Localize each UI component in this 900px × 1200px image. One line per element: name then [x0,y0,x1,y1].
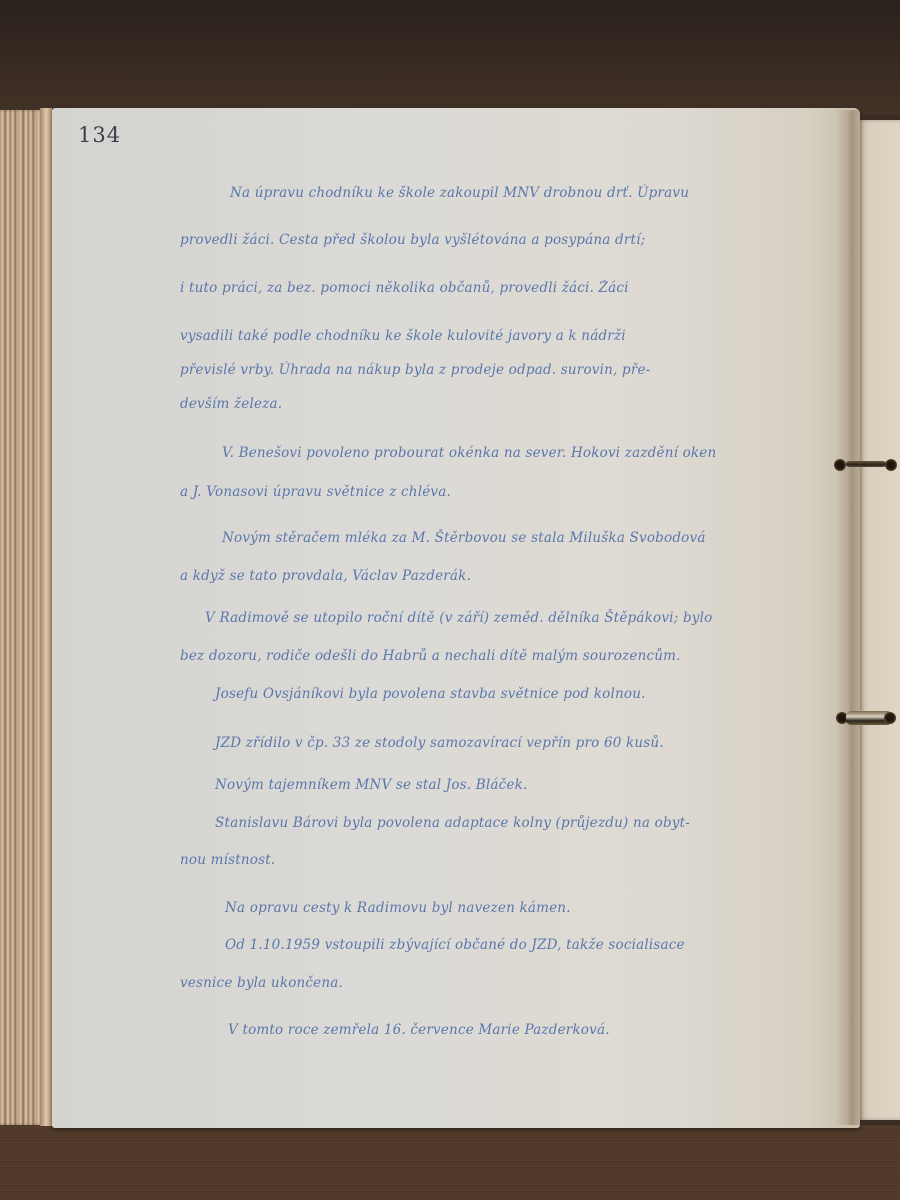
text-line: devším železa. [180,396,282,412]
text-line: i tuto práci, za bez. pomoci několika ob… [180,280,629,296]
text-line: vysadili také podle chodníku ke škole ku… [180,328,626,344]
text-line: Stanislavu Bárovi byla povolena adaptace… [215,815,690,831]
ring-hole-icon [834,459,846,471]
text-line: převislé vrby. Úhrada na nákup byla z pr… [180,362,650,378]
text-line: provedli žáci. Cesta před školou byla vy… [180,232,645,248]
text-line: nou místnost. [180,852,275,868]
text-line: Na úpravu chodníku ke škole zakoupil MNV… [230,185,689,201]
text-line: bez dozoru, rodiče odešli do Habrů a nec… [180,648,681,664]
text-line: V. Benešovi povoleno probourat okénka na… [222,445,716,461]
text-line: JZD zřídilo v čp. 33 ze stodoly samozaví… [215,735,664,751]
ring-hole-icon [885,459,897,471]
text-line: Novým tajemníkem MNV se stal Jos. Bláček… [215,777,527,793]
text-line: Novým stěračem mléka za M. Štěrbovou se … [222,530,706,546]
page-stack-front-edge [40,108,52,1126]
ring-hole-icon [884,712,896,724]
text-line: V tomto roce zemřela 16. července Marie … [228,1022,610,1038]
wooden-table-background-bottom [0,1125,900,1200]
text-line: a když se tato provdala, Václav Pazderák… [180,568,471,584]
text-line: Josefu Ovsjáníkovi byla povolena stavba … [215,686,646,702]
text-line: a J. Vonasovi úpravu světnice z chléva. [180,484,451,500]
text-line: Na opravu cesty k Radimovu byl navezen k… [225,900,571,916]
text-line: Od 1.10.1959 vstoupili zbývající občané … [225,937,685,953]
binder-ring-icon [846,461,886,467]
page-number: 134 [78,123,121,147]
text-line: vesnice byla ukončena. [180,975,343,991]
wooden-table-background-top [0,0,900,115]
text-line: V Radimově se utopilo roční dítě (v září… [205,610,712,626]
binding-gutter [835,110,865,1125]
